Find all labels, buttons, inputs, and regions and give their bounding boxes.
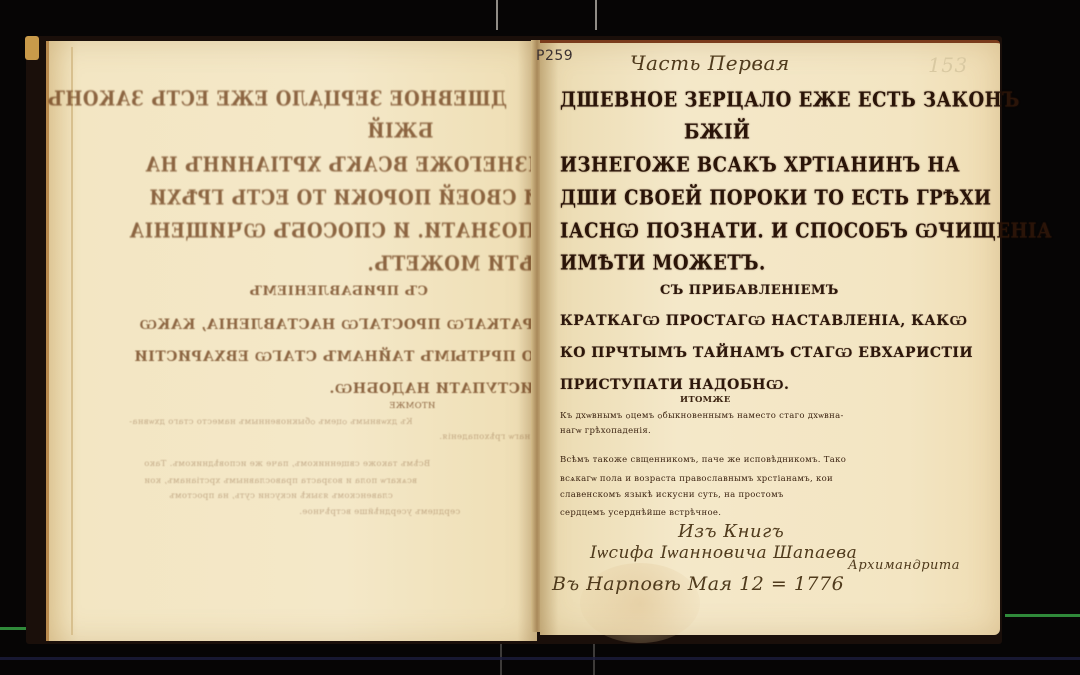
- title-line: ДШИ СВОЕЙ ПОРОКИ ТО ЕСТЬ ГРѢХИ: [560, 186, 992, 210]
- title-line: ИМѢТИ МОЖЕТЪ.: [560, 251, 766, 275]
- small-text-line: нагѡ грѣхопаденія.: [560, 425, 651, 436]
- small-text-line: славенскомъ языкѣ искусни суть, на прост…: [560, 490, 784, 500]
- addition-line: ПРИСТУПАТИ НАДОБНѠ.: [560, 377, 789, 394]
- pencil-folio: 153: [928, 53, 968, 77]
- cover-corner: [25, 36, 39, 60]
- addition-line: КРАТКАГѠ ПРОСТАГѠ НАСТАВЛЕНІА, КАКѠ: [560, 313, 968, 330]
- offset-small: всѧкагѡ пола и возраста православнымъ хр…: [144, 475, 417, 486]
- small-text-line: всѧкагѡ пола и возраста православнымъ хр…: [560, 473, 833, 484]
- right-page: P259 Часть Первая 153 ДШЕВНОЕ ЗЕРЦАЛО ЕЖ…: [540, 40, 1000, 635]
- stand-line: [496, 0, 498, 30]
- title-line: ИЗНЕГОЖЕ ВСАКЪ ХРТІАНИНЪ НА: [560, 153, 960, 177]
- offset-addition-line: ПРИСТУПАТИ НАДОБНѠ.: [329, 381, 558, 398]
- provenance-line: Архимандрита: [848, 558, 960, 573]
- offset-small: Къ дхѡвнымъ ѻцемъ ѻбыкновеннымъ наместо …: [129, 416, 413, 427]
- title-line: ДШЕВНОЕ ЗЕРЦАЛО ЕЖЕ ЕСТЬ ЗАКОНЪ: [560, 88, 1020, 112]
- header-script: Часть Первая: [630, 51, 790, 75]
- green-marker: [1005, 614, 1080, 617]
- offset-addition-line: КРАТКАГѠ ПРОСТАГѠ НАСТАВЛЕНІА, КАКѠ: [139, 317, 547, 334]
- left-page: ДШЕВНОЕ ЗЕРЦАЛО ЕЖЕ ЕСТЬ ЗАКОНЪ БЖІЙ ИЗН…: [46, 41, 537, 641]
- offset-addition-line: КО ПРЧТЫМЪ ТАЙНАМЪ СТАГѠ ЕВХАРИСТІИ: [134, 349, 547, 366]
- offset-small: Всѣмъ такоже свщенникомъ, паче же исповѣ…: [144, 459, 430, 469]
- manuscript-photo: ДШЕВНОЕ ЗЕРЦАЛО ЕЖЕ ЕСТЬ ЗАКОНЪ БЖІЙ ИЗН…: [0, 0, 1080, 675]
- offset-small: нагѡ грѣхопаденія.: [439, 431, 530, 442]
- page-fold: [71, 47, 73, 635]
- provenance-line: Въ Нарповѣ Мая 12 = 1776: [552, 573, 844, 595]
- offset-title-line: БЖІЙ: [367, 119, 433, 143]
- offset-title-line: ИЗНЕГОЖЕ ВСАКЪ ХРТІАНИНЪ НА: [145, 153, 545, 177]
- title-line: ІАСНѠ ПОЗНАТИ. И СПОСОБЪ ѠЧИЩЕНІА: [560, 219, 1052, 243]
- offset-small: ИТОМЖЕ: [389, 401, 435, 411]
- small-text-line: Всѣмъ такоже свщенникомъ, паче же исповѣ…: [560, 455, 846, 465]
- offset-small: сердцемъ усерднѣйше встрѣчное.: [299, 507, 460, 517]
- shelfmark: P259: [536, 48, 573, 64]
- small-text-line: сердцемъ усерднѣйше встрѣчное.: [560, 508, 721, 518]
- offset-title-line: ДШИ СВОЕЙ ПОРОКИ ТО ЕСТЬ ГРѢХИ: [149, 186, 581, 210]
- title-line: БЖІЙ: [684, 120, 750, 144]
- stand-line: [595, 0, 597, 30]
- shadow-line: [0, 657, 1080, 660]
- addition-line: КО ПРЧТЫМЪ ТАЙНАМЪ СТАГѠ ЕВХАРИСТІИ: [560, 345, 973, 362]
- offset-small: славенскомъ языкѣ искусни суть, на прост…: [169, 491, 393, 501]
- provenance-line: Изъ Книгъ: [678, 521, 784, 542]
- small-text-line: Къ дхѡвнымъ ѻцемъ ѻбыкновеннымъ наместо …: [560, 410, 844, 421]
- addition-heading: СЪ ПРИБАВЛЕНІЕМЪ: [660, 283, 839, 298]
- offset-heading: СЪ ПРИБАВЛЕНІЕМЪ: [249, 284, 428, 299]
- also-heading: ИТОМЖЕ: [680, 395, 731, 405]
- offset-title-line: ДШЕВНОЕ ЗЕРЦАЛО ЕЖЕ ЕСТЬ ЗАКОНЪ: [147, 87, 507, 111]
- green-marker: [0, 627, 26, 630]
- provenance-line: Іѡсифа Іѡанновича Шапаева: [590, 543, 857, 563]
